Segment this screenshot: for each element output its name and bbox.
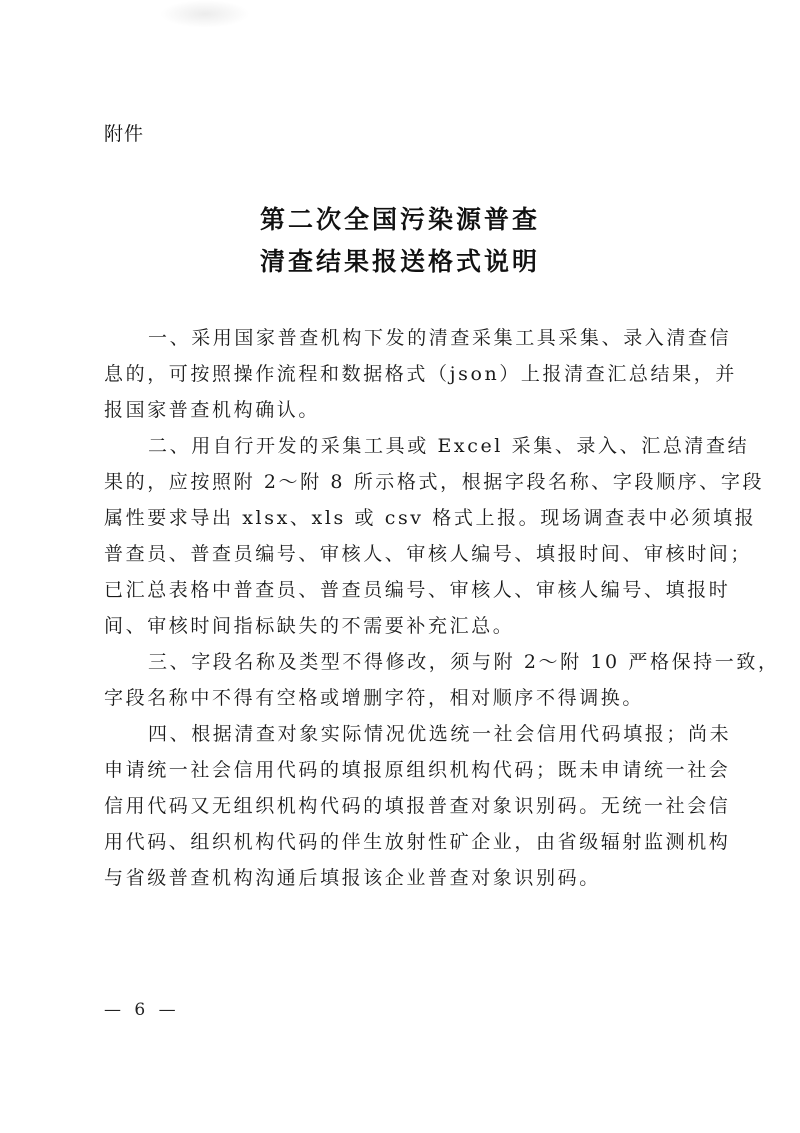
paragraph-4: 四、根据清查对象实际情况优选统一社会信用代码填报；尚未 申请统一社会信用代码的填… [104,716,704,896]
paragraph-2: 二、用自行开发的采集工具或 Excel 采集、录入、汇总清查结 果的，应按照附 … [104,428,704,644]
paragraph-line: 信用代码又无组织机构代码的填报普查对象识别码。无统一社会信 [104,788,704,824]
scan-artifact [160,0,250,28]
paragraph-line: 字段名称中不得有空格或增删字符，相对顺序不得调换。 [104,680,704,716]
paragraph-line: 用代码、组织机构代码的伴生放射性矿企业，由省级辐射监测机构 [104,824,704,860]
paragraph-line: 普查员、普查员编号、审核人、审核人编号、填报时间、审核时间； [104,536,704,572]
paragraph-line: 三、字段名称及类型不得修改，须与附 2～附 10 严格保持一致， [104,644,704,680]
paragraph-line: 已汇总表格中普查员、普查员编号、审核人、审核人编号、填报时 [104,572,704,608]
document-title-line-2: 清查结果报送格式说明 [0,242,800,278]
paragraph-1: 一、采用国家普查机构下发的清查采集工具采集、录入清查信 息的，可按照操作流程和数… [104,320,704,428]
paragraph-line: 一、采用国家普查机构下发的清查采集工具采集、录入清查信 [104,320,704,356]
paragraph-line: 申请统一社会信用代码的填报原组织机构代码；既未申请统一社会 [104,752,704,788]
paragraph-line: 间、审核时间指标缺失的不需要补充汇总。 [104,608,704,644]
document-body: 一、采用国家普查机构下发的清查采集工具采集、录入清查信 息的，可按照操作流程和数… [104,320,704,896]
paragraph-line: 报国家普查机构确认。 [104,392,704,428]
paragraph-line: 息的，可按照操作流程和数据格式（json）上报清查汇总结果，并 [104,356,704,392]
document-title-line-1: 第二次全国污染源普查 [0,200,800,236]
attachment-label: 附件 [104,119,144,146]
paragraph-line: 属性要求导出 xlsx、xls 或 csv 格式上报。现场调查表中必须填报 [104,500,704,536]
page-number: — 6 — [104,1000,180,1020]
paragraph-line: 与省级普查机构沟通后填报该企业普查对象识别码。 [104,860,704,896]
paragraph-line: 四、根据清查对象实际情况优选统一社会信用代码填报；尚未 [104,716,704,752]
paragraph-line: 果的，应按照附 2～附 8 所示格式，根据字段名称、字段顺序、字段 [104,464,704,500]
paragraph-line: 二、用自行开发的采集工具或 Excel 采集、录入、汇总清查结 [104,428,704,464]
paragraph-3: 三、字段名称及类型不得修改，须与附 2～附 10 严格保持一致， 字段名称中不得… [104,644,704,716]
